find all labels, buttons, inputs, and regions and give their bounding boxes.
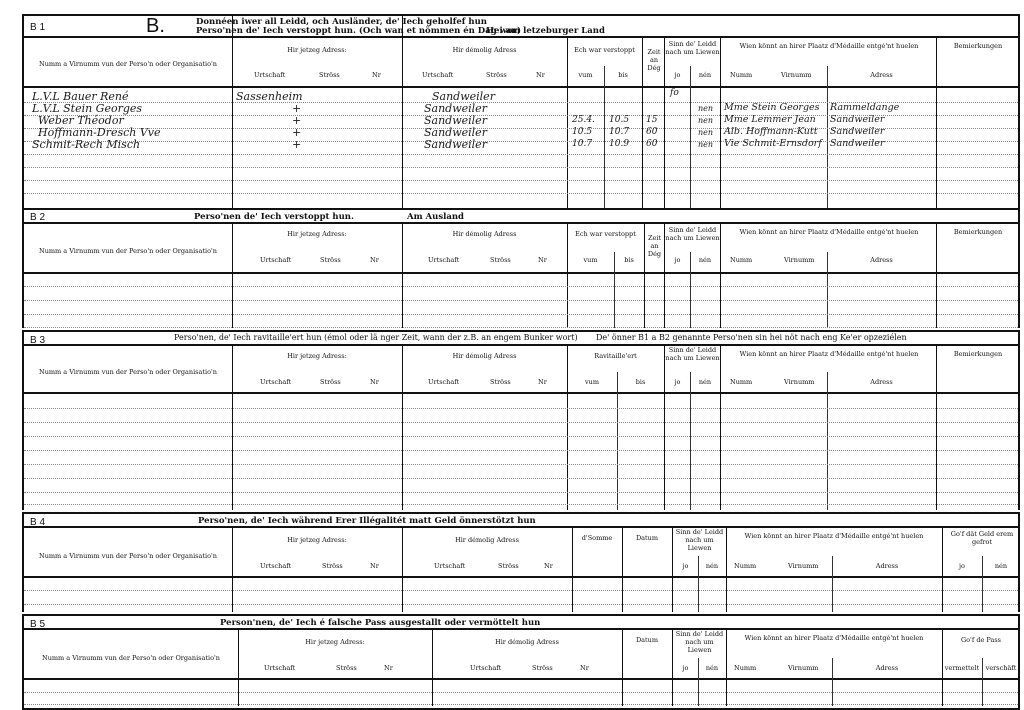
col-stross-label: Ströss xyxy=(322,562,343,570)
section-b5: B 5 Person'nen, de' Iech é falsche Pass … xyxy=(22,614,1020,710)
col-bemierkungen-label: Bemierkungen xyxy=(936,350,1020,358)
col-demolig-label: Hir démolig Adress xyxy=(402,352,567,360)
col-stross-label: Ströss xyxy=(490,256,511,264)
col-name-label: Numm a Virnumm vun der Perso'n oder Orga… xyxy=(24,654,238,662)
section-code: B 4 xyxy=(30,517,45,528)
entry-vum: 10.7 xyxy=(572,139,592,149)
col-demolig-label: Hir démolig Adress xyxy=(402,46,567,54)
col-stross-label: Ströss xyxy=(498,562,519,570)
col-virnumm-label: Virnumm xyxy=(784,378,814,386)
col-datum-label: Datum xyxy=(622,534,672,542)
col-adress-label: Adress xyxy=(827,256,936,264)
entry-zeit: 60 xyxy=(646,127,657,137)
entry-bis: 10.7 xyxy=(609,127,629,137)
col-urtschaft-label: Urtschaft xyxy=(260,378,291,386)
col-stross-label: Ströss xyxy=(336,664,357,672)
section-title: Perso'nen, de' Iech während Erer Illégal… xyxy=(198,516,536,526)
col-name-label: Numm a Virnumm vun der Perso'n oder Orga… xyxy=(24,368,232,376)
col-nr-label: Nr xyxy=(536,71,545,79)
col-vum-label: vum xyxy=(567,378,617,386)
col-urtschaft-label: Urtschaft xyxy=(470,664,501,672)
col-demolig-label: Hir démolig Adress xyxy=(432,638,622,646)
entry-medaille-numm: Mme Stein Georges xyxy=(724,102,820,113)
col-adress-label: Adress xyxy=(832,562,942,570)
entry-bis: 10.9 xyxy=(609,139,629,149)
col-medaille-label: Wien könnt an hirer Plaatz d'Médaille en… xyxy=(729,634,939,642)
col-jo-label: jo xyxy=(665,256,690,264)
col-zeit-label: Zeit an Dég xyxy=(644,234,665,258)
col-adress-label: Adress xyxy=(827,378,936,386)
col-jo-label: jo xyxy=(673,562,698,570)
col-geld-jo-label: jo xyxy=(942,562,982,570)
col-urtschaft-label: Urtschaft xyxy=(260,562,291,570)
col-bemierkungen-label: Bemierkungen xyxy=(936,42,1020,50)
col-jetzeg-label: Hir jetzeg Adress: xyxy=(232,230,402,238)
section-b2: B 2 Perso'nen de' Iech verstoppt hun. Am… xyxy=(22,208,1020,328)
col-vermettelt-label: vermettelt xyxy=(942,664,982,672)
col-urtschaft-label: Urtschaft xyxy=(428,378,459,386)
col-verschaft-label: verschäft xyxy=(982,664,1020,672)
col-nr-label: Nr xyxy=(538,256,547,264)
col-numm-label: Numm xyxy=(734,664,756,672)
entry-medaille-numm: Vie Schmit-Ernsdorf xyxy=(724,138,822,149)
col-demolig-label: Hir démolig Adress xyxy=(402,536,572,544)
section-b4-header: B 4 Perso'nen, de' Iech während Erer Ill… xyxy=(24,514,1018,528)
col-numm-label: Numm xyxy=(730,256,752,264)
section-b1: B 1 B. Donnéen iwer all Leidd, och Auslä… xyxy=(22,14,1020,210)
col-jo-label: jo xyxy=(665,71,690,79)
col-medaille-label: Wien könnt an hirer Plaatz d'Médaille en… xyxy=(724,42,934,50)
entry-bis: 10.5 xyxy=(609,115,629,125)
col-jetzeg-label: Hir jetzeg Adress: xyxy=(232,352,402,360)
col-urtschaft-label: Urtschaft xyxy=(254,71,285,79)
col-urtschaft-label: Urtschaft xyxy=(422,71,453,79)
col-nen-label: nén xyxy=(690,71,720,79)
col-jetzeg-label: Hir jetzeg Adress: xyxy=(238,638,432,646)
col-urtschaft-label: Urtschaft xyxy=(260,256,291,264)
col-nr-label: Nr xyxy=(370,378,379,386)
col-nr-label: Nr xyxy=(384,664,393,672)
col-stross-label: Ströss xyxy=(486,71,507,79)
entry-jo: fo xyxy=(670,88,679,98)
col-name-label: Numm a Virnumm vun der Perso'n oder Orga… xyxy=(24,60,232,68)
col-stross-label: Ströss xyxy=(320,378,341,386)
col-somme-label: d'Somme xyxy=(572,534,622,542)
col-name-label: Numm a Virnumm vun der Perso'n oder Orga… xyxy=(24,552,232,560)
col-numm-label: Numm xyxy=(730,71,752,79)
entry-nen: nen xyxy=(698,140,713,149)
col-jo-label: jo xyxy=(665,378,690,386)
entry-medaille-adress: Sandweiler xyxy=(830,114,884,125)
entry-medaille-adress: Sandweiler xyxy=(830,138,884,149)
col-name-label: Numm a Virnumm vun der Perso'n oder Orga… xyxy=(24,247,232,255)
entry-medaille-numm: Mme Lemmer Jean xyxy=(724,114,816,125)
col-bemierkungen-label: Bemierkungen xyxy=(936,228,1020,236)
entry-nen: nen xyxy=(698,116,713,125)
section-b3: B 3 Perso'nen, de' Iech ravitaille'ert h… xyxy=(22,330,1020,510)
col-zeit-label: Zeit an Dég xyxy=(643,48,665,72)
col-pass-label: Go'f de Pass xyxy=(942,636,1020,644)
col-medaille-label: Wien könnt an hirer Plaatz d'Médaille en… xyxy=(724,228,934,236)
col-verstoppt-label: Ech war verstoppt xyxy=(567,46,642,54)
entry-vum: 10.5 xyxy=(572,127,592,137)
col-nen-label: nén xyxy=(698,562,726,570)
col-verstoppt-label: Ech war verstoppt xyxy=(567,230,644,238)
section-title: Perso'nen de' Iech verstoppt hun. xyxy=(194,212,354,222)
col-medaille-label: Wien könnt an hirer Plaatz d'Médaille en… xyxy=(729,532,939,540)
col-demolig-label: Hir démolig Adress xyxy=(402,230,567,238)
section-b2-header: B 2 Perso'nen de' Iech verstoppt hun. Am… xyxy=(24,210,1018,224)
entry-demolig-urtschaft: Sandweiler xyxy=(424,138,487,151)
col-vum-label: vum xyxy=(567,71,604,79)
entry-medaille-adress: Sandweiler xyxy=(830,126,884,137)
entry-zeit: 15 xyxy=(646,115,657,125)
entry-medaille-adress: Rammeldange xyxy=(830,102,899,113)
col-adress-label: Adress xyxy=(827,71,936,79)
section-b3-header: B 3 Perso'nen, de' Iech ravitaille'ert h… xyxy=(24,332,1018,346)
section-subtitle: Hei am letzeburger Land xyxy=(486,26,605,36)
col-bis-label: bis xyxy=(617,378,664,386)
col-nen-label: nén xyxy=(690,378,720,386)
entry-medaille-numm: Alb. Hoffmann-Kutt xyxy=(724,126,818,137)
col-nen-label: nén xyxy=(690,256,720,264)
col-nen-label: nén xyxy=(698,664,726,672)
col-sinn-label: Sinn de' Leidd nach um Liewen xyxy=(665,346,720,362)
col-jo-label: jo xyxy=(673,664,698,672)
section-title: Person'nen, de' Iech é falsche Pass ausg… xyxy=(220,618,540,628)
section-code: B 5 xyxy=(30,619,45,630)
section-code: B 1 xyxy=(30,22,45,33)
col-sinn-label: Sinn de' Leidd nach um Liewen xyxy=(665,40,720,56)
col-ravitailleert-label: Ravitaille'ert xyxy=(567,352,664,360)
col-adress-label: Adress xyxy=(832,664,942,672)
col-virnumm-label: Virnumm xyxy=(788,664,818,672)
col-stross-label: Ströss xyxy=(490,378,511,386)
col-stross-label: Ströss xyxy=(532,664,553,672)
col-virnumm-label: Virnumm xyxy=(784,256,814,264)
col-medaille-label: Wien könnt an hirer Plaatz d'Médaille en… xyxy=(724,350,934,358)
col-virnumm-label: Virnumm xyxy=(788,562,818,570)
form-letter: B. xyxy=(146,15,165,38)
col-urtschaft-label: Urtschaft xyxy=(428,256,459,264)
col-datum-label: Datum xyxy=(622,636,672,644)
col-nr-label: Nr xyxy=(370,256,379,264)
entry-name: Schmit-Rech Misch xyxy=(32,138,140,151)
entry-nen: nen xyxy=(698,104,713,113)
col-virnumm-label: Virnumm xyxy=(781,71,811,79)
section-code: B 3 xyxy=(30,335,45,346)
col-sinn-label: Sinn de' Leidd nach um Liewen xyxy=(673,630,726,654)
section-b5-header: B 5 Person'nen, de' Iech é falsche Pass … xyxy=(24,616,1018,630)
entry-jetzeg-urtschaft: + xyxy=(292,138,301,151)
section-subtitle: De' önner B1 a B2 genannte Perso'nen sin… xyxy=(596,333,907,342)
col-numm-label: Numm xyxy=(730,378,752,386)
section-subtitle: Am Ausland xyxy=(407,212,464,222)
col-nr-label: Nr xyxy=(580,664,589,672)
section-title: Perso'nen, de' Iech ravitaille'ert hun (… xyxy=(174,333,578,342)
section-title-line2: Perso'nen de' Iech verstoppt hun. (Och w… xyxy=(196,26,521,36)
section-b1-header: B 1 B. Donnéen iwer all Leidd, och Auslä… xyxy=(24,16,1018,38)
col-stross-label: Ströss xyxy=(320,256,341,264)
col-urtschaft-label: Urtschaft xyxy=(264,664,295,672)
section-b4: B 4 Perso'nen, de' Iech während Erer Ill… xyxy=(22,512,1020,612)
col-nr-label: Nr xyxy=(372,71,381,79)
section-code: B 2 xyxy=(30,212,45,223)
col-nr-label: Nr xyxy=(538,378,547,386)
col-nr-label: Nr xyxy=(544,562,553,570)
entry-nen: nen xyxy=(698,128,713,137)
col-sinn-label: Sinn de' Leidd nach um Liewen xyxy=(673,528,726,552)
col-jetzeg-label: Hir jetzeg Adress: xyxy=(232,536,402,544)
col-stross-label: Ströss xyxy=(319,71,340,79)
col-bis-label: bis xyxy=(604,71,642,79)
col-nr-label: Nr xyxy=(370,562,379,570)
col-geld-nen-label: nén xyxy=(982,562,1020,570)
col-jetzeg-label: Hir jetzeg Adress: xyxy=(232,46,402,54)
entry-zeit: 60 xyxy=(646,139,657,149)
entry-vum: 25.4. xyxy=(572,115,595,125)
col-numm-label: Numm xyxy=(734,562,756,570)
col-geld-label: Go'f dät Geld erem gefrot xyxy=(944,530,1020,546)
col-sinn-label: Sinn de' Leidd nach um Liewen xyxy=(665,226,720,242)
col-vum-label: vum xyxy=(567,256,614,264)
col-urtschaft-label: Urtschaft xyxy=(434,562,465,570)
col-bis-label: bis xyxy=(614,256,644,264)
